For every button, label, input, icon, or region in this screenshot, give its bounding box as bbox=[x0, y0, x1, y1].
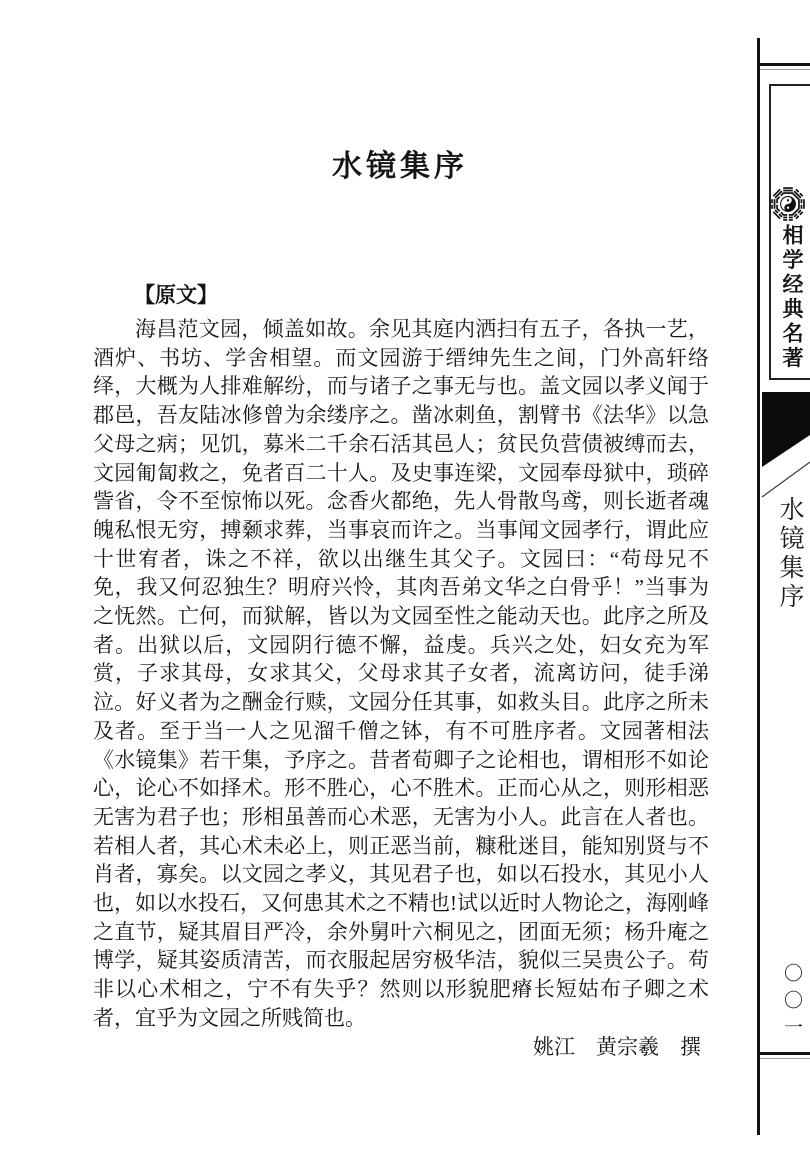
corner-wedge-decoration bbox=[755, 385, 810, 510]
sidebar-top-rule bbox=[757, 63, 810, 66]
body-text: 海昌范文园，倾盖如故。余见其庭内洒扫有五子，各执一艺，酒炉、书坊、学舍相望。而文… bbox=[93, 315, 709, 1033]
sidebar-vertical-rule bbox=[757, 38, 760, 1135]
sidebar-series-title: 相学经典名著 bbox=[776, 224, 806, 371]
sidebar-chapter-title: 水镜集序 bbox=[771, 496, 807, 612]
book-page: 水镜集序 【原文】 海昌范文园，倾盖如故。余见其庭内洒扫有五子，各执一艺，酒炉、… bbox=[0, 0, 810, 1163]
author-signature: 姚江 黄宗羲 撰 bbox=[93, 1031, 701, 1061]
page-title: 水镜集序 bbox=[93, 141, 707, 185]
taiji-bagua-icon bbox=[770, 186, 806, 222]
sidebar-bottom-rule bbox=[757, 1052, 810, 1055]
section-label: 【原文】 bbox=[134, 279, 218, 309]
page-number: 〇〇一 bbox=[778, 963, 805, 1044]
sidebar-top-rule-thin bbox=[760, 69, 810, 70]
sidebar-bottom-rule-thin bbox=[760, 1058, 810, 1059]
